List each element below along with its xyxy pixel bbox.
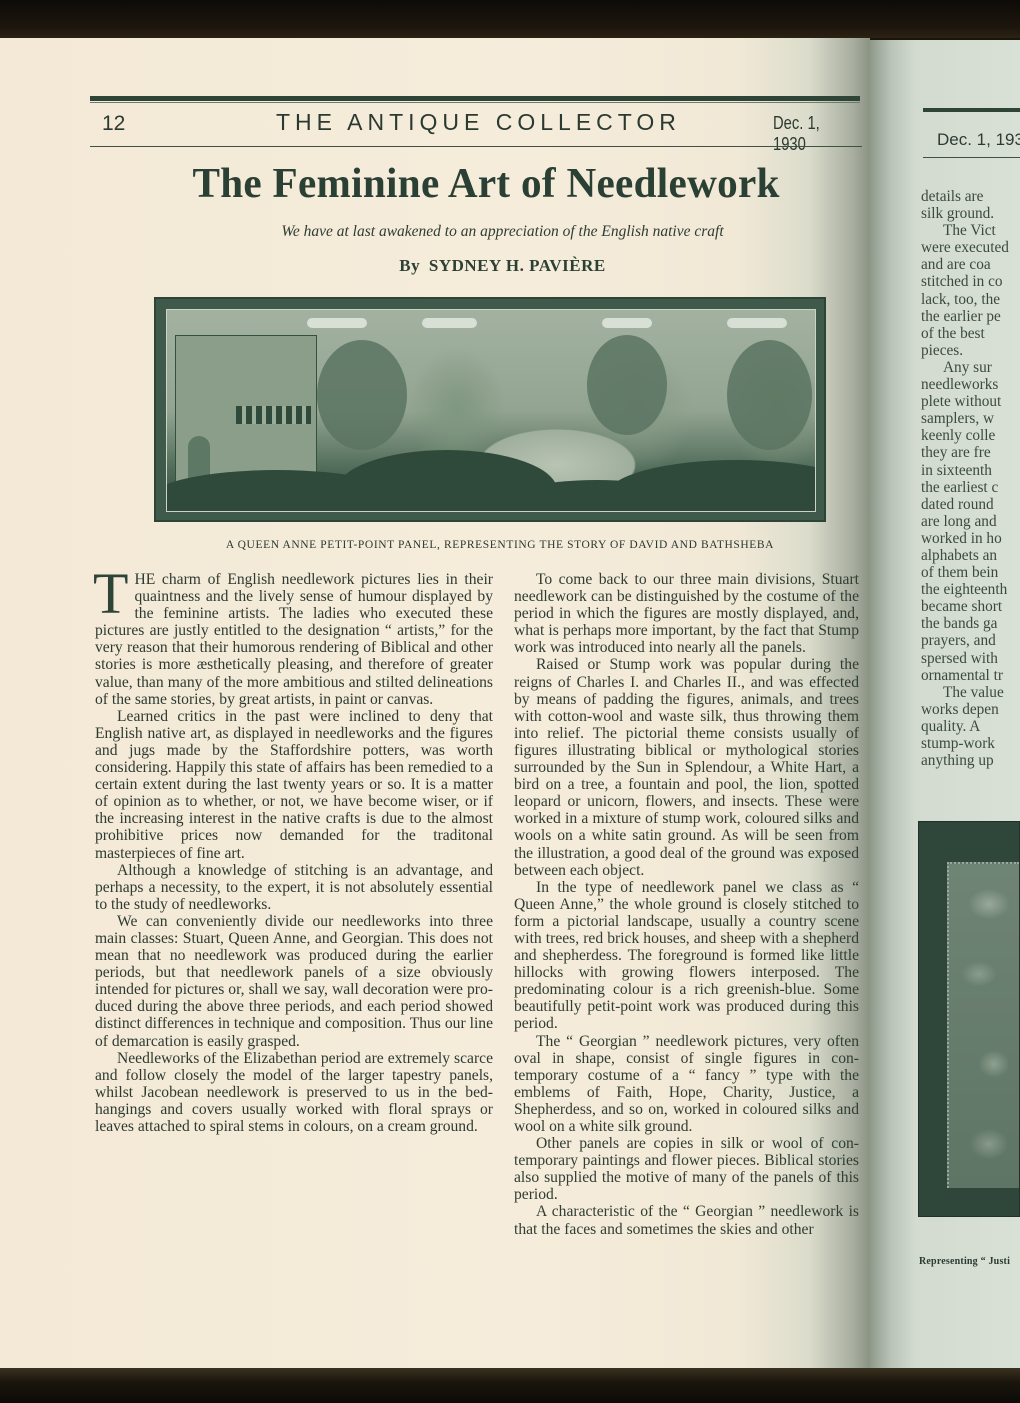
facing-text-line: alphabets an xyxy=(921,547,1020,564)
facing-text-line: were executed xyxy=(921,239,1020,256)
tree-shape xyxy=(587,335,667,435)
facing-text-line: Any sur xyxy=(921,359,1020,376)
facing-text-line: works depen xyxy=(921,701,1020,718)
paragraph: Raised or Stump work was popular during … xyxy=(514,656,859,878)
header-rule-bottom xyxy=(90,146,862,147)
facing-text-line: pieces. xyxy=(921,342,1020,359)
facing-text-line: of them bein xyxy=(921,564,1020,581)
facing-text-line: and are coa xyxy=(921,256,1020,273)
article-title: The Feminine Art of Needlework xyxy=(148,160,824,208)
facing-text-line: anything up xyxy=(921,752,1020,769)
facing-text-line: needleworks xyxy=(921,376,1020,393)
facing-page-column: details aresilk ground.The Victwere exec… xyxy=(921,188,1020,769)
facing-text-line: they are fre xyxy=(921,444,1020,461)
facing-text-line: the eighteenth xyxy=(921,581,1020,598)
paragraph: The “ Georgian ” needlework pictures, ve… xyxy=(514,1033,859,1136)
facing-text-line: stitched in co xyxy=(921,273,1020,290)
cloud-shape xyxy=(602,318,652,328)
facing-header-rule xyxy=(923,108,1020,112)
facing-figure-caption: Representing “ Justi xyxy=(919,1256,1010,1267)
paragraph: A characteristic of the “ Georgian ” nee… xyxy=(514,1203,859,1237)
hillock-shape xyxy=(607,460,816,512)
article-subtitle: We have at last awakened to an appreciat… xyxy=(150,223,855,241)
facing-issue-date: Dec. 1, 193 xyxy=(937,130,1020,150)
facing-text-line: the bands ga xyxy=(921,615,1020,632)
issue-date: Dec. 1, 1930 xyxy=(773,113,848,155)
figure-caption: A QUEEN ANNE PETIT-POINT PANEL, REPRESEN… xyxy=(150,539,850,551)
cloud-shape xyxy=(727,318,787,328)
paragraph: In the type of needlework panel we class… xyxy=(514,879,859,1033)
paragraph: Other panels are copies in silk or wool … xyxy=(514,1135,859,1203)
facing-text-line: ornamental tr xyxy=(921,667,1020,684)
facing-text-line: became short xyxy=(921,598,1020,615)
paragraph: Needleworks of the Elizabethan period ar… xyxy=(95,1050,493,1135)
paragraph: Learned critics in the past were incline… xyxy=(95,708,493,862)
paragraph: Although a knowledge of stitching is an … xyxy=(95,862,493,913)
facing-text-line: lack, too, the xyxy=(921,291,1020,308)
facing-text-line: The value xyxy=(921,684,1020,701)
header-rule-thin xyxy=(90,102,860,103)
facing-header-rule-bottom xyxy=(923,157,1020,158)
facing-text-line: dated round xyxy=(921,496,1020,513)
paragraph: To come back to our three main divisions… xyxy=(514,571,859,656)
facing-text-line: samplers, w xyxy=(921,410,1020,427)
facing-text-line: of the best xyxy=(921,325,1020,342)
author-name: SYDNEY H. PAVIÈRE xyxy=(429,256,606,275)
facing-text-line: plete without xyxy=(921,393,1020,410)
facing-text-line: keenly colle xyxy=(921,427,1020,444)
facing-text-line: The Vict xyxy=(921,222,1020,239)
article-column-left: THE charm of English needlework pictures… xyxy=(95,571,493,1135)
cloud-shape xyxy=(307,318,367,328)
paragraph: We can conveniently divide our needlewor… xyxy=(95,913,493,1050)
article-column-right: To come back to our three main divisions… xyxy=(514,571,859,1238)
floral-needlework-image-icon xyxy=(947,862,1019,1188)
balcony-shape xyxy=(236,406,311,424)
facing-text-line: the earliest c xyxy=(921,479,1020,496)
paragraph: THE charm of English needlework pictures… xyxy=(95,571,493,708)
facing-text-line: the earlier pe xyxy=(921,308,1020,325)
facing-text-line: silk ground. xyxy=(921,205,1020,222)
book-binding-bottom xyxy=(0,1368,1020,1403)
facing-text-line: quality. A xyxy=(921,718,1020,735)
byline-prefix: By xyxy=(399,256,420,275)
framed-needlework-image xyxy=(918,821,1020,1217)
tree-shape xyxy=(727,340,812,450)
facing-text-line: prayers, and xyxy=(921,632,1020,649)
running-head: 12 THE ANTIQUE COLLECTOR Dec. 1, 1930 xyxy=(90,104,865,144)
cloud-shape xyxy=(422,318,477,328)
drop-cap: T xyxy=(93,571,128,617)
byline: By SYDNEY H. PAVIÈRE xyxy=(150,256,855,276)
page-number: 12 xyxy=(102,112,125,136)
facing-text-line: details are xyxy=(921,188,1020,205)
facing-text-line: spersed with xyxy=(921,650,1020,667)
book-binding-top xyxy=(0,0,1020,38)
facing-text-line: stump-work xyxy=(921,735,1020,752)
magazine-title: THE ANTIQUE COLLECTOR xyxy=(276,109,681,136)
needlework-panel-illustration xyxy=(154,297,826,522)
tree-shape xyxy=(317,340,407,450)
facing-text-line: in sixteenth xyxy=(921,462,1020,479)
header-rule-thick xyxy=(90,96,860,101)
needlework-scene-image-icon xyxy=(166,309,816,512)
facing-text-line: are long and xyxy=(921,513,1020,530)
facing-text-line: worked in ho xyxy=(921,530,1020,547)
